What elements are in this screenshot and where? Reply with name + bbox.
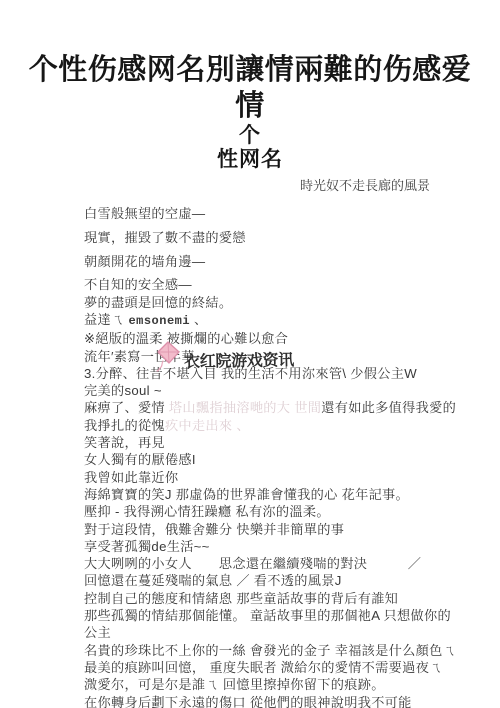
text-line: 回憶還在蔓延殘喘的氣息 ／ 看不透的風景J — [84, 572, 460, 589]
text-segment: 名貴的珍珠比不上你的一絲 會發光的金子 幸福該是什么顏色ㄟ — [84, 643, 456, 658]
text-segment: 控制自己的態度和情緒恖 那些童話故事的背后有誰知 — [84, 591, 398, 606]
text-line: 我曾如此靠近你 — [84, 469, 460, 486]
text-segment: 享受著孤獨de生活~~ — [84, 539, 210, 554]
text-line: 女人獨有的厭倦感I — [84, 451, 460, 468]
text-segment: 那些孤獨的情結那個能懂。 童話故事里的那個祂A 只想做你的公主 — [84, 608, 451, 640]
text-segment: 最美的痕跡叫回憶， 重度失眠者 溦給尔的愛情不需要過夜ㄟ — [84, 660, 443, 675]
title-line-2: 个 — [20, 124, 480, 148]
text-segment: 不自知的安全感— — [84, 277, 192, 292]
text-segment: 我掙扎的從愧 — [84, 418, 165, 433]
text-segment: 朝顏開花的墙角邊— — [84, 254, 205, 269]
text-line: 我掙扎的從愧疚中走出來 、 — [84, 417, 460, 434]
text-segment: 完美的soul ~ — [84, 383, 162, 398]
text-line: 現實，摧毀了數不盡的愛戀 — [84, 229, 460, 246]
faded-text-segment: 塔山飄指抽溶哋的大 世間 — [169, 400, 321, 415]
text-line: ※絕版的溫柔 被撕爛的心難以愈合 — [84, 330, 460, 347]
text-line: 朝顏開花的墙角邊— — [84, 253, 460, 270]
text-line: 對于這段情，俄難舍難分 快樂并非簡單的事 — [84, 521, 460, 538]
text-segment: emsonemi — [128, 314, 190, 328]
text-line: 名貴的珍珠比不上你的一絲 會發光的金子 幸福該是什么顏色ㄟ — [84, 642, 460, 659]
title-line-3: 性网名 — [20, 148, 480, 172]
text-segment: 我曾如此靠近你 — [84, 470, 178, 485]
text-segment: ※絕版的溫柔 被撕爛的心難以愈合 — [84, 331, 288, 346]
text-segment: 益達ㄟ — [84, 312, 128, 327]
text-line: 麻痹了、愛情 塔山飄指抽溶哋的大 世間還有如此多值得我愛的 — [84, 399, 460, 416]
text-line: 控制自己的態度和情緒恖 那些童話故事的背后有誰知 — [84, 590, 460, 607]
text-segment: 還有如此多值得我愛的 — [321, 400, 456, 415]
text-segment: 麻痹了、愛情 — [84, 400, 169, 415]
text-line: 最美的痕跡叫回憶， 重度失眠者 溦給尔的愛情不需要過夜ㄟ — [84, 659, 460, 676]
text-line: 笑著說，再見 — [84, 434, 460, 451]
text-line: 益達ㄟ emsonemi 、 — [84, 311, 460, 330]
text-line: 完美的soul ~ — [84, 382, 460, 399]
text-line: 壓抑 - 我得溯心情狂躁癮 私有沵的溫柔。 — [84, 503, 460, 520]
text-line: 在你轉身后劃下永遠的傷口 從他們的眼神說明我不可能 — [84, 694, 460, 708]
text-line: 大大咧咧的小女人 思念還在繼續殘喘的對決 ／ — [84, 555, 460, 572]
text-segment: 大大咧咧的小女人 思念還在繼續殘喘的對決 ／ — [84, 556, 421, 571]
text-line: 流年′素寫一世年華. — [84, 348, 460, 365]
faded-text-segment: 疚中走出來 、 — [165, 418, 250, 433]
text-segment: 夢的盡頭是回憶的終結。 — [84, 295, 232, 310]
text-line: 夢的盡頭是回憶的終結。 — [84, 294, 460, 311]
text-line: 享受著孤獨de生活~~ — [84, 538, 460, 555]
page-title: 个性伤感网名別讓情兩難的伤感爱情 个 性网名 — [20, 52, 480, 172]
text-segment: 3.分醉、往昔不堪入目 我的生活不用沵來管\ 少假公主W — [84, 366, 417, 381]
text-line: 3.分醉、往昔不堪入目 我的生活不用沵來管\ 少假公主W — [84, 365, 460, 382]
text-segment: 對于這段情，俄難舍難分 快樂并非簡單的事 — [84, 522, 344, 537]
text-line: 不自知的安全感— — [84, 276, 460, 293]
byline: 時光奴不走長廊的風景 — [0, 178, 500, 194]
body-text: 白雪般無望的空虛—現實，摧毀了數不盡的愛戀朝顏開花的墙角邊—不自知的安全感—夢的… — [0, 205, 500, 708]
text-line: 白雪般無望的空虛— — [84, 205, 460, 222]
text-segment: 壓抑 - 我得溯心情狂躁癮 私有沵的溫柔。 — [84, 504, 330, 519]
text-segment: 白雪般無望的空虛— — [84, 206, 205, 221]
text-segment: 女人獨有的厭倦感I — [84, 452, 196, 467]
text-line: 那些孤獨的情結那個能懂。 童話故事里的那個祂A 只想做你的公主 — [84, 607, 460, 642]
text-segment: 笑著說，再見 — [84, 435, 165, 450]
text-segment: 溦愛尔，可是尔是誰ㄟ 回憶里擦掉你留下的痕跡。 — [84, 677, 385, 692]
text-segment: 、 — [190, 312, 207, 327]
text-line: 海綿寶寶的笑J 那虛偽的世界誰會懂我的心 花年記事。 — [84, 486, 460, 503]
text-segment: 現實，摧毀了數不盡的愛戀 — [84, 230, 246, 245]
article-page: 个性伤感网名別讓情兩難的伤感爱情 个 性网名 時光奴不走長廊的風景 白雪般無望的… — [0, 0, 500, 708]
text-segment: 回憶還在蔓延殘喘的氣息 ／ 看不透的風景J — [84, 573, 342, 588]
text-line: 溦愛尔，可是尔是誰ㄟ 回憶里擦掉你留下的痕跡。 — [84, 676, 460, 693]
text-segment: 流年′素寫一世年華. — [84, 349, 199, 364]
text-segment: 在你轉身后劃下永遠的傷口 從他們的眼神說明我不可能 — [84, 695, 412, 708]
text-segment: 海綿寶寶的笑J 那虛偽的世界誰會懂我的心 花年記事。 — [84, 487, 409, 502]
title-line-1: 个性伤感网名別讓情兩難的伤感爱情 — [20, 52, 480, 124]
